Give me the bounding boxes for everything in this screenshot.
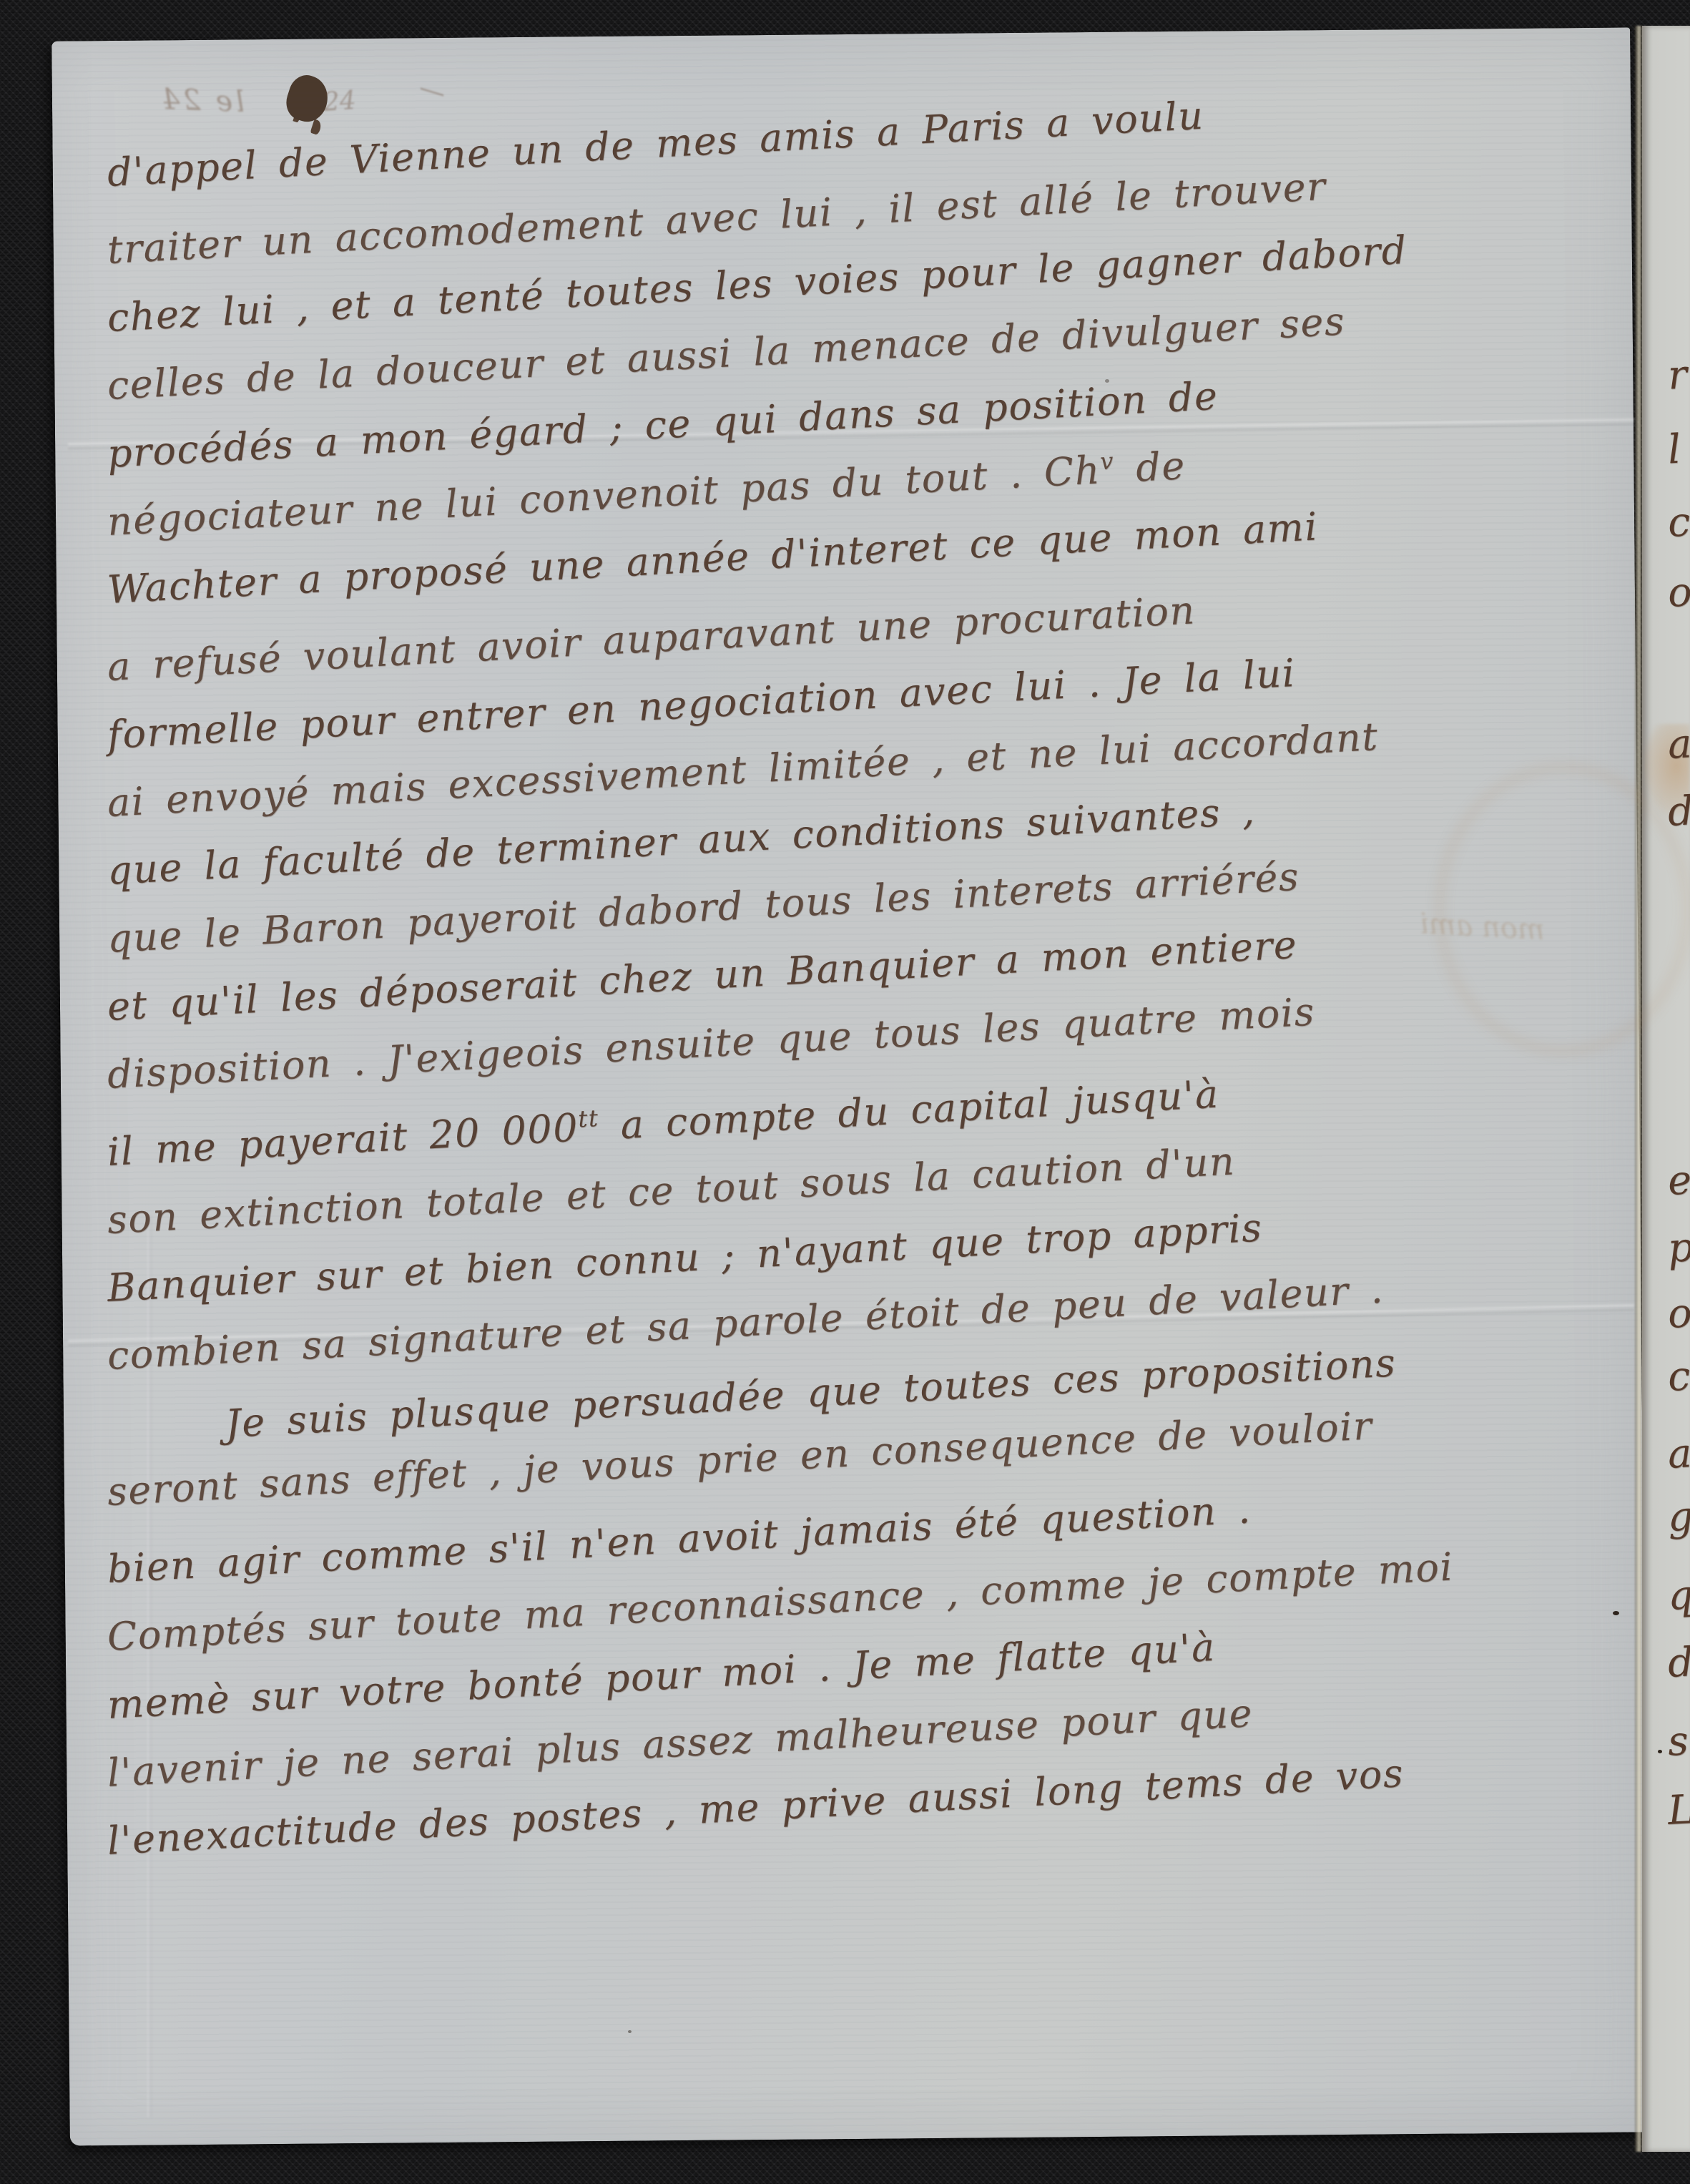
adjacent-page-letter-fragment: r xyxy=(1666,351,1689,398)
adjacent-page-letter-fragment: a xyxy=(1666,720,1690,768)
adjacent-page-letter-fragment: d xyxy=(1666,788,1690,836)
letter-scan: { "colors":{ "background":"#19191a", "pa… xyxy=(0,0,1690,2184)
adjacent-page-letter-fragment: c xyxy=(1666,499,1690,547)
adjacent-page-letter-fragment: o xyxy=(1666,1290,1690,1338)
adjacent-page-letter-fragment: q xyxy=(1666,1572,1690,1620)
adjacent-page-letter-fragment: o xyxy=(1666,569,1690,617)
adjacent-page-letter-fragment: e xyxy=(1666,1157,1690,1205)
adjacent-page-letter-fragment: g xyxy=(1666,1493,1690,1541)
paper-speck xyxy=(628,2030,632,2033)
faint-header-bleedthrough: le 24 xyxy=(158,83,245,119)
adjacent-page-letter-fragment: L xyxy=(1666,1786,1690,1834)
adjacent-page-letter-fragment: s xyxy=(1666,1718,1690,1766)
paper-speck xyxy=(1613,1611,1619,1615)
adjacent-page-letter-fragment: c xyxy=(1666,1353,1690,1401)
page-fold-crease xyxy=(1635,26,1642,2152)
adjacent-page-letter-fragment: p xyxy=(1666,1224,1690,1272)
paper-speck xyxy=(1658,1750,1662,1753)
adjacent-page-letter-fragment: d xyxy=(1666,1639,1690,1687)
adjacent-page-letter-fragment: l xyxy=(1666,426,1683,474)
adjacent-page-letter-fragment: a xyxy=(1666,1430,1690,1478)
faint-ink-mark: 24 xyxy=(323,86,358,117)
